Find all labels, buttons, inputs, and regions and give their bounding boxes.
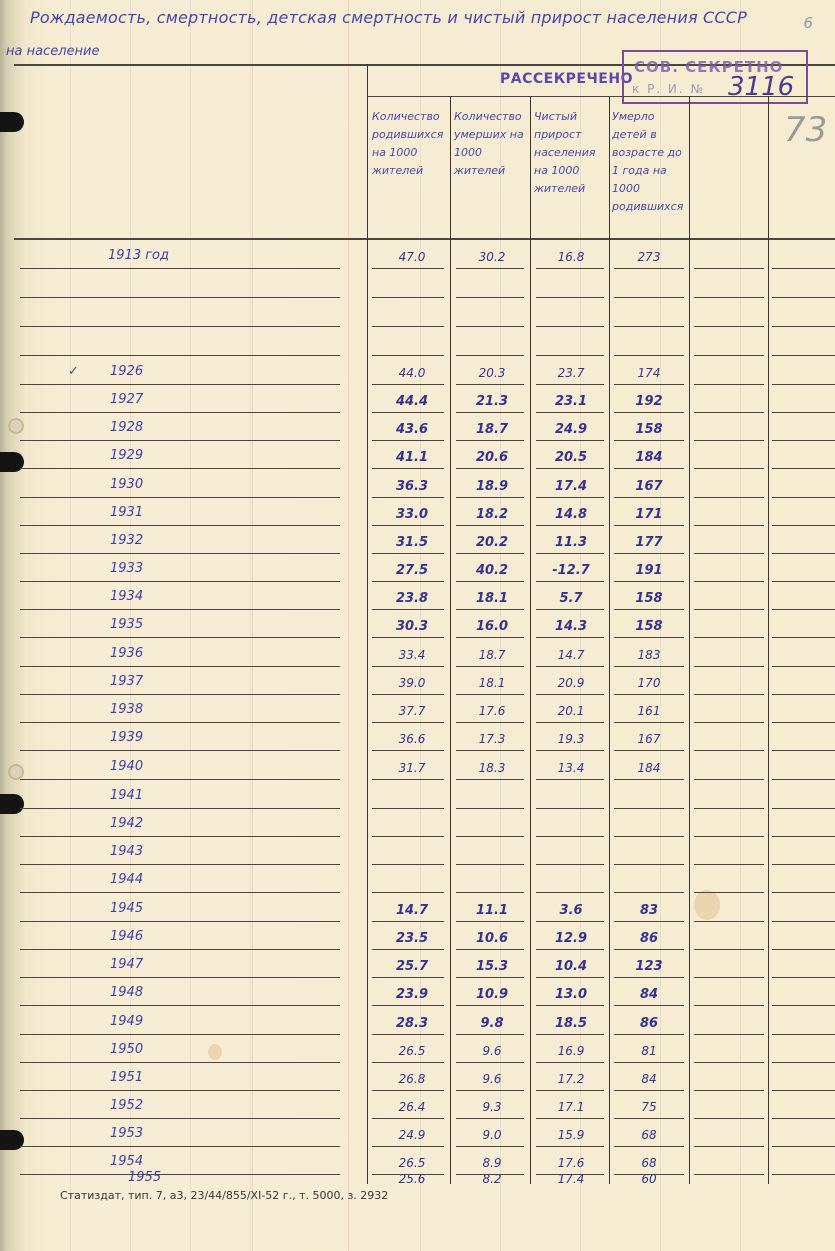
row-rule — [772, 892, 835, 893]
row-year: 1952 — [110, 1098, 143, 1113]
row-rule — [372, 1062, 444, 1063]
row-rule — [536, 297, 604, 298]
cell-infant-mortality: 84 — [612, 987, 686, 1002]
row-rule — [694, 355, 764, 356]
cell-natural-increase: 13.4 — [534, 761, 608, 775]
row-rule — [456, 581, 524, 582]
row-rule — [614, 1146, 684, 1147]
header-bottom-rule — [14, 238, 835, 240]
row-rule — [694, 326, 764, 327]
row-rule — [20, 1118, 340, 1119]
row-rule — [694, 581, 764, 582]
row-rule — [20, 1090, 340, 1091]
row-rule — [694, 525, 764, 526]
cell-infant-mortality: 167 — [612, 732, 686, 746]
cell-births: 31.7 — [375, 761, 449, 775]
row-year: 1940 — [110, 759, 143, 774]
cell-natural-increase: 14.3 — [534, 619, 608, 634]
row-year: 1938 — [110, 702, 143, 717]
document-title: Рождаемость, смертность, детская смертно… — [30, 8, 747, 27]
row-rule — [372, 1118, 444, 1119]
row-year: 1946 — [110, 929, 143, 944]
row-rule — [456, 637, 524, 638]
cell-infant-mortality: 83 — [612, 903, 686, 918]
cell-natural-increase: 20.1 — [534, 704, 608, 718]
header-rule — [368, 96, 835, 97]
row-year: 1944 — [110, 872, 143, 887]
cell-infant-mortality: 158 — [612, 591, 686, 606]
row-rule — [20, 384, 340, 385]
cell-infant-mortality: 123 — [612, 959, 686, 974]
row-rule — [456, 808, 524, 809]
cell-natural-increase: 16.8 — [534, 250, 608, 264]
row-rule — [456, 949, 524, 950]
row-rule — [20, 864, 340, 865]
row-rule — [536, 722, 604, 723]
row-rule — [694, 497, 764, 498]
row-rule — [694, 750, 764, 751]
row-rule — [372, 412, 444, 413]
row-year: 1926 — [110, 364, 143, 379]
row-rule — [372, 949, 444, 950]
row-rule — [772, 412, 835, 413]
row-year: 1930 — [110, 477, 143, 492]
row-year: 1932 — [110, 533, 143, 548]
row-rule — [456, 525, 524, 526]
row-rule — [536, 892, 604, 893]
row-rule — [536, 864, 604, 865]
cell-infant-mortality: 86 — [612, 1016, 686, 1031]
row-rule — [614, 666, 684, 667]
row-rule — [614, 977, 684, 978]
row-rule — [614, 864, 684, 865]
column-divider — [768, 96, 769, 1184]
row-rule — [772, 864, 835, 865]
row-rule — [536, 949, 604, 950]
row-rule — [372, 297, 444, 298]
cell-deaths: 10.9 — [455, 987, 529, 1002]
row-rule — [614, 1118, 684, 1119]
row-rule — [456, 666, 524, 667]
row-rule — [456, 779, 524, 780]
cell-infant-mortality: 161 — [612, 704, 686, 718]
row-rule — [20, 836, 340, 837]
row-year: 1913 год — [108, 248, 169, 263]
row-rule — [614, 1034, 684, 1035]
cell-deaths: 8.9 — [455, 1156, 529, 1170]
document-title-continuation: на население — [6, 44, 99, 59]
row-rule — [614, 949, 684, 950]
cell-births: 23.8 — [375, 591, 449, 606]
row-rule — [372, 468, 444, 469]
archive-folio-number: 73 — [784, 110, 827, 150]
row-rule — [372, 355, 444, 356]
cell-natural-increase: 19.3 — [534, 732, 608, 746]
cell-infant-mortality: 158 — [612, 422, 686, 437]
row-rule — [772, 609, 835, 610]
row-rule — [372, 1146, 444, 1147]
cell-births: 23.9 — [375, 987, 449, 1002]
row-rule — [614, 1062, 684, 1063]
cell-deaths: 9.0 — [455, 1128, 529, 1142]
row-rule — [456, 609, 524, 610]
row-rule — [456, 326, 524, 327]
cell-natural-increase: 12.9 — [534, 931, 608, 946]
row-year: 1954 — [110, 1154, 143, 1169]
row-rule — [614, 808, 684, 809]
row-rule — [456, 268, 524, 269]
row-year: 1949 — [110, 1014, 143, 1029]
row-rule — [772, 525, 835, 526]
row-rule — [20, 609, 340, 610]
row-rule — [694, 384, 764, 385]
row-rule — [536, 525, 604, 526]
row-rule — [772, 384, 835, 385]
row-rule — [536, 694, 604, 695]
cell-births: 36.6 — [375, 732, 449, 746]
row-rule — [536, 384, 604, 385]
row-rule — [20, 1062, 340, 1063]
row-rule — [372, 497, 444, 498]
paper-grid-line — [250, 0, 251, 1251]
row-rule — [20, 525, 340, 526]
row-rule — [372, 722, 444, 723]
row-rule — [20, 355, 340, 356]
cell-births: 44.4 — [375, 394, 449, 409]
cell-births: 25.7 — [375, 959, 449, 974]
cell-infant-mortality: 184 — [612, 450, 686, 465]
row-rule — [772, 750, 835, 751]
cell-infant-mortality: 86 — [612, 931, 686, 946]
cell-natural-increase: 17.6 — [534, 1156, 608, 1170]
cell-infant-mortality: 192 — [612, 394, 686, 409]
row-rule — [456, 750, 524, 751]
row-year: 1928 — [110, 420, 143, 435]
row-rule — [694, 1062, 764, 1063]
cell-natural-increase: 11.3 — [534, 535, 608, 550]
row-rule — [536, 326, 604, 327]
row-rule — [372, 977, 444, 978]
row-rule — [536, 412, 604, 413]
cell-deaths: 9.6 — [455, 1044, 529, 1058]
row-rule — [20, 297, 340, 298]
cell-deaths: 18.7 — [455, 422, 529, 437]
cell-natural-increase: 16.9 — [534, 1044, 608, 1058]
paper-grid-line — [190, 0, 191, 1251]
row-rule — [694, 637, 764, 638]
printer-imprint: Статиздат, тип. 7, а3, 23/44/855/XI-52 г… — [60, 1189, 388, 1202]
row-rule — [772, 949, 835, 950]
cell-births: 26.5 — [375, 1044, 449, 1058]
row-rule — [614, 297, 684, 298]
cell-natural-increase: 18.5 — [534, 1016, 608, 1031]
row-rule — [536, 355, 604, 356]
row-rule — [456, 1034, 524, 1035]
cell-births: 33.0 — [375, 507, 449, 522]
paper-grid-line — [70, 0, 71, 1251]
row-rule — [694, 609, 764, 610]
cell-infant-mortality: 81 — [612, 1044, 686, 1058]
row-rule — [614, 694, 684, 695]
cell-deaths: 40.2 — [455, 563, 529, 578]
row-rule — [536, 921, 604, 922]
cell-births: 36.3 — [375, 479, 449, 494]
row-rule — [456, 977, 524, 978]
cell-natural-increase: 15.9 — [534, 1128, 608, 1142]
row-rule — [20, 1146, 340, 1147]
cell-deaths: 17.3 — [455, 732, 529, 746]
cell-natural-increase: 14.8 — [534, 507, 608, 522]
cell-deaths: 9.8 — [455, 1016, 529, 1031]
cell-births: 14.7 — [375, 903, 449, 918]
row-rule — [694, 1005, 764, 1006]
cell-births: 41.1 — [375, 450, 449, 465]
declassified-stamp: РАССЕКРЕЧЕНО — [500, 71, 633, 87]
cell-infant-mortality: 171 — [612, 507, 686, 522]
cell-infant-mortality: 167 — [612, 479, 686, 494]
row-rule — [372, 384, 444, 385]
row-rule — [456, 694, 524, 695]
row-rule — [694, 468, 764, 469]
row-rule — [772, 921, 835, 922]
cell-births: 28.3 — [375, 1016, 449, 1031]
cell-births: 27.5 — [375, 563, 449, 578]
row-rule — [536, 836, 604, 837]
row-rule — [456, 892, 524, 893]
row-year: 1948 — [110, 985, 143, 1000]
binder-eyelet — [8, 418, 24, 434]
row-rule — [694, 553, 764, 554]
row-rule — [536, 637, 604, 638]
cell-deaths: 10.6 — [455, 931, 529, 946]
row-rule — [694, 722, 764, 723]
row-year: 1950 — [110, 1042, 143, 1057]
row-rule — [20, 921, 340, 922]
row-rule — [694, 666, 764, 667]
row-rule — [20, 892, 340, 893]
row-rule — [372, 581, 444, 582]
cell-births: 43.6 — [375, 422, 449, 437]
row-year: 1947 — [110, 957, 143, 972]
cell-natural-increase: 5.7 — [534, 591, 608, 606]
row-rule — [456, 722, 524, 723]
row-rule — [772, 553, 835, 554]
row-rule — [772, 1034, 835, 1035]
cell-births: 25.6 — [375, 1172, 449, 1186]
row-rule — [372, 1005, 444, 1006]
row-rule — [372, 779, 444, 780]
row-rule — [536, 1062, 604, 1063]
row-rule — [772, 1146, 835, 1147]
row-rule — [456, 921, 524, 922]
row-rule — [20, 808, 340, 809]
cell-births: 37.7 — [375, 704, 449, 718]
paper-stain — [694, 890, 720, 920]
row-rule — [20, 326, 340, 327]
row-rule — [614, 268, 684, 269]
paper-margin-line — [348, 0, 349, 1251]
row-rule — [536, 609, 604, 610]
checkmark: ✓ — [68, 364, 79, 379]
row-rule — [372, 553, 444, 554]
row-rule — [694, 1034, 764, 1035]
row-rule — [536, 1118, 604, 1119]
row-year: 1953 — [110, 1126, 143, 1141]
row-rule — [20, 1005, 340, 1006]
row-rule — [536, 581, 604, 582]
cell-natural-increase: 17.1 — [534, 1100, 608, 1114]
row-rule — [536, 497, 604, 498]
cell-deaths: 16.0 — [455, 619, 529, 634]
row-rule — [694, 808, 764, 809]
column-header-infant-mortality: Умерло детей в возрасте до 1 года на 100… — [612, 108, 688, 216]
row-rule — [614, 609, 684, 610]
row-rule — [536, 1146, 604, 1147]
row-rule — [372, 864, 444, 865]
row-rule — [20, 722, 340, 723]
row-rule — [372, 666, 444, 667]
row-rule — [694, 1118, 764, 1119]
row-rule — [20, 497, 340, 498]
row-rule — [614, 779, 684, 780]
row-rule — [694, 1090, 764, 1091]
row-rule — [456, 468, 524, 469]
cell-deaths: 8.2 — [455, 1172, 529, 1186]
row-rule — [694, 949, 764, 950]
row-rule — [536, 666, 604, 667]
row-rule — [20, 666, 340, 667]
row-rule — [372, 440, 444, 441]
row-rule — [614, 1005, 684, 1006]
row-rule — [614, 440, 684, 441]
row-rule — [694, 892, 764, 893]
page-number: 6 — [803, 14, 813, 32]
row-rule — [20, 977, 340, 978]
cell-births: 33.4 — [375, 648, 449, 662]
row-rule — [372, 808, 444, 809]
row-rule — [772, 666, 835, 667]
cell-infant-mortality: 184 — [612, 761, 686, 775]
cell-deaths: 18.2 — [455, 507, 529, 522]
cell-births: 39.0 — [375, 676, 449, 690]
cell-deaths: 9.6 — [455, 1072, 529, 1086]
cell-natural-increase: 14.7 — [534, 648, 608, 662]
cell-deaths: 18.3 — [455, 761, 529, 775]
cell-deaths: 18.7 — [455, 648, 529, 662]
row-year: 1941 — [110, 788, 143, 803]
row-rule — [772, 1005, 835, 1006]
cell-natural-increase: 17.2 — [534, 1072, 608, 1086]
cell-births: 31.5 — [375, 535, 449, 550]
row-rule — [20, 468, 340, 469]
row-rule — [772, 297, 835, 298]
column-header-births: Количество родившихся на 1000 жителей — [372, 108, 448, 180]
row-rule — [372, 525, 444, 526]
row-rule — [694, 779, 764, 780]
row-rule — [772, 1090, 835, 1091]
row-rule — [772, 581, 835, 582]
row-rule — [614, 637, 684, 638]
cell-deaths: 20.3 — [455, 366, 529, 380]
cell-infant-mortality: 191 — [612, 563, 686, 578]
row-rule — [614, 836, 684, 837]
row-rule — [456, 1005, 524, 1006]
row-rule — [456, 864, 524, 865]
cell-deaths: 20.2 — [455, 535, 529, 550]
row-rule — [772, 355, 835, 356]
cell-natural-increase: 23.7 — [534, 366, 608, 380]
secrecy-stamp-number: 3116 — [728, 72, 794, 102]
row-year: 1927 — [110, 392, 143, 407]
cell-infant-mortality: 177 — [612, 535, 686, 550]
row-year: 1955 — [128, 1170, 161, 1185]
row-year: 1942 — [110, 816, 143, 831]
row-rule — [536, 1005, 604, 1006]
row-year: 1929 — [110, 448, 143, 463]
row-rule — [536, 1090, 604, 1091]
row-rule — [614, 722, 684, 723]
binder-eyelet — [8, 764, 24, 780]
row-year: 1951 — [110, 1070, 143, 1085]
column-divider — [530, 96, 531, 1184]
column-header-natural-increase: Чистый прирост населения на 1000 жителей — [534, 108, 608, 198]
cell-births: 47.0 — [375, 250, 449, 264]
row-rule — [694, 1146, 764, 1147]
cell-infant-mortality: 84 — [612, 1072, 686, 1086]
row-rule — [772, 637, 835, 638]
row-rule — [772, 268, 835, 269]
column-header-deaths: Количество умерших на 1000 жителей — [454, 108, 530, 180]
cell-natural-increase: 17.4 — [534, 1172, 608, 1186]
cell-births: 30.3 — [375, 619, 449, 634]
row-rule — [694, 440, 764, 441]
cell-deaths: 20.6 — [455, 450, 529, 465]
row-rule — [372, 1034, 444, 1035]
row-rule — [372, 637, 444, 638]
cell-births: 26.5 — [375, 1156, 449, 1170]
row-year: 1936 — [110, 646, 143, 661]
cell-infant-mortality: 170 — [612, 676, 686, 690]
cell-natural-increase: 17.4 — [534, 479, 608, 494]
row-rule — [456, 412, 524, 413]
row-rule — [20, 637, 340, 638]
binder-ring — [0, 794, 24, 814]
row-year: 1934 — [110, 589, 143, 604]
row-rule — [536, 750, 604, 751]
cell-births: 26.8 — [375, 1072, 449, 1086]
row-rule — [772, 468, 835, 469]
row-rule — [372, 836, 444, 837]
row-rule — [772, 1062, 835, 1063]
row-rule — [456, 1090, 524, 1091]
row-rule — [372, 694, 444, 695]
cell-infant-mortality: 158 — [612, 619, 686, 634]
row-rule — [536, 440, 604, 441]
row-rule — [372, 750, 444, 751]
paper-stain — [208, 1044, 222, 1060]
row-rule — [694, 921, 764, 922]
row-rule — [614, 921, 684, 922]
row-rule — [20, 440, 340, 441]
row-rule — [614, 750, 684, 751]
cell-natural-increase: -12.7 — [534, 563, 608, 578]
cell-natural-increase: 3.6 — [534, 903, 608, 918]
row-rule — [694, 268, 764, 269]
row-rule — [614, 355, 684, 356]
cell-deaths: 18.1 — [455, 591, 529, 606]
row-rule — [772, 779, 835, 780]
row-rule — [456, 836, 524, 837]
